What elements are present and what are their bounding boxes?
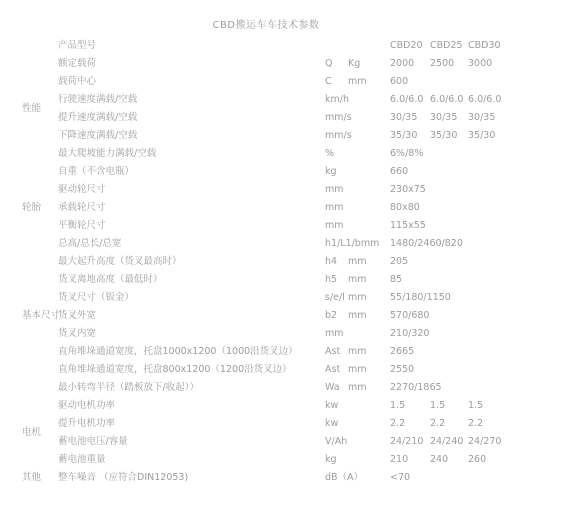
value-cell bbox=[430, 271, 468, 289]
table-row: 提升电机功率kw2.22.22.2 bbox=[22, 415, 562, 433]
table-row: 自重（不含电瓶）kg660 bbox=[22, 163, 562, 181]
unit-cell: b2mm bbox=[325, 307, 390, 325]
value-cell: 6.0/6.0 bbox=[468, 91, 562, 109]
value-cell bbox=[430, 361, 468, 379]
table-row: 其他整车噪音 （应符合DIN12053)dB（A）<70 bbox=[22, 469, 562, 487]
param-label: 最大起升高度（货叉最高时） bbox=[58, 253, 325, 271]
value-cell: 30/35 bbox=[390, 109, 430, 127]
value-cell: 2.2 bbox=[430, 415, 468, 433]
param-label: 产品型号 bbox=[58, 37, 325, 55]
table-row: 直角堆垛通道宽度，托盘800x1200（1200沿货叉边）Astmm2550 bbox=[22, 361, 562, 379]
page-title: CBD搬运车车技术参数 bbox=[22, 16, 510, 31]
value-cell: 1.5 bbox=[468, 397, 562, 415]
unit-cell: Astmm bbox=[325, 343, 390, 361]
param-label: 货叉外宽 bbox=[58, 307, 325, 325]
unit-label: mm bbox=[348, 274, 367, 285]
unit-cell: kg bbox=[325, 163, 390, 181]
value-cell: 80x80 bbox=[390, 199, 430, 217]
model-header: CBD30 bbox=[468, 37, 562, 55]
value-cell: 2270/1865 bbox=[390, 379, 430, 397]
value-cell bbox=[430, 253, 468, 271]
value-cell: 2665 bbox=[390, 343, 430, 361]
value-cell: 6%/8% bbox=[390, 145, 430, 163]
value-cell: 230x75 bbox=[390, 181, 430, 199]
param-label: 最大爬坡能力满载/空载 bbox=[58, 145, 325, 163]
table-row: 直角堆垛通道宽度，托盘1000x1200（1000沿货叉边）Astmm2665 bbox=[22, 343, 562, 361]
value-cell: 35/30 bbox=[390, 127, 430, 145]
param-label: 行驶速度满载/空载 bbox=[58, 91, 325, 109]
unit-cell: mm bbox=[325, 325, 390, 343]
param-label: 自重（不含电瓶） bbox=[58, 163, 325, 181]
unit-label: mm bbox=[348, 292, 367, 303]
param-label: 蓄电池电压/容量 bbox=[58, 433, 325, 451]
value-cell bbox=[468, 199, 562, 217]
table-row: 蓄电池电压/容量V/Ah24/21024/24024/270 bbox=[22, 433, 562, 451]
unit-cell: V/Ah bbox=[325, 433, 390, 451]
value-cell bbox=[468, 325, 562, 343]
value-cell: 2500 bbox=[430, 55, 468, 73]
value-cell: 3000 bbox=[468, 55, 562, 73]
unit-cell: Cmm bbox=[325, 73, 390, 91]
value-cell bbox=[430, 73, 468, 91]
param-label: 下降速度满载/空载 bbox=[58, 127, 325, 145]
table-row: 货叉内宽mm210/320 bbox=[22, 325, 562, 343]
value-cell: 2000 bbox=[390, 55, 430, 73]
unit-cell: QKg bbox=[325, 55, 390, 73]
value-cell bbox=[468, 271, 562, 289]
unit-cell: kw bbox=[325, 397, 390, 415]
value-cell: 570/680 bbox=[390, 307, 430, 325]
group-label: 性能 bbox=[22, 55, 58, 163]
unit-label: mm bbox=[348, 346, 367, 357]
value-cell bbox=[468, 235, 562, 253]
param-label: 承载轮尺寸 bbox=[58, 199, 325, 217]
symbol-label: Q bbox=[325, 55, 348, 73]
value-cell: 2.2 bbox=[468, 415, 562, 433]
param-label: 驱动轮尺寸 bbox=[58, 181, 325, 199]
unit-cell: km/h bbox=[325, 91, 390, 109]
table-row: 轮胎驱动轮尺寸mm230x75 bbox=[22, 181, 562, 199]
table-row: 承载轮尺寸mm80x80 bbox=[22, 199, 562, 217]
table-row: 下降速度满载/空载mm/s35/3035/3035/30 bbox=[22, 127, 562, 145]
model-header: CBD25 bbox=[430, 37, 468, 55]
symbol-label: b2 bbox=[325, 307, 348, 325]
value-cell: 1.5 bbox=[430, 397, 468, 415]
value-cell bbox=[468, 379, 562, 397]
value-cell: 85 bbox=[390, 271, 430, 289]
value-cell: 600 bbox=[390, 73, 430, 91]
unit-cell: h1/L1/bmm bbox=[325, 235, 390, 253]
value-cell: 2550 bbox=[390, 361, 430, 379]
param-label: 蓄电池重量 bbox=[58, 451, 325, 469]
table-row: 产品型号CBD20CBD25CBD30 bbox=[22, 37, 562, 55]
value-cell bbox=[430, 343, 468, 361]
table-row: 蓄电池重量kg210240260 bbox=[22, 451, 562, 469]
unit-label: mm bbox=[348, 76, 367, 87]
group-label: 轮胎 bbox=[22, 181, 58, 235]
value-cell: 660 bbox=[390, 163, 430, 181]
value-cell bbox=[430, 181, 468, 199]
param-label: 直角堆垛通道宽度，托盘800x1200（1200沿货叉边） bbox=[58, 361, 325, 379]
unit-label: mm bbox=[361, 238, 380, 249]
table-row: 载荷中心Cmm600 bbox=[22, 73, 562, 91]
value-cell bbox=[468, 343, 562, 361]
value-cell bbox=[430, 217, 468, 235]
value-cell bbox=[430, 163, 468, 181]
unit-cell: Wamm bbox=[325, 379, 390, 397]
value-cell: 6.0/6.0 bbox=[430, 91, 468, 109]
param-label: 载荷中心 bbox=[58, 73, 325, 91]
value-cell bbox=[468, 181, 562, 199]
table-row: 提升速度满载/空载mm/s30/3530/3530/35 bbox=[22, 109, 562, 127]
value-cell bbox=[430, 145, 468, 163]
symbol-label: s/e/l bbox=[325, 289, 348, 307]
param-label: 最小转弯半径（踏板放下/收起）） bbox=[58, 379, 325, 397]
value-cell bbox=[468, 307, 562, 325]
unit-cell: kw bbox=[325, 415, 390, 433]
value-cell: 35/30 bbox=[430, 127, 468, 145]
symbol-label: Ast bbox=[325, 361, 348, 379]
symbol-label: h5 bbox=[325, 271, 348, 289]
unit-label: mm bbox=[348, 256, 367, 267]
value-cell: 1480/2460/820 bbox=[390, 235, 430, 253]
value-cell: 30/35 bbox=[468, 109, 562, 127]
value-cell: 260 bbox=[468, 451, 562, 469]
table-row: 电机驱动电机功率kw1.51.51.5 bbox=[22, 397, 562, 415]
value-cell: 210/320 bbox=[390, 325, 430, 343]
spec-table-body: 产品型号CBD20CBD25CBD30性能额定载荷QKg200025003000… bbox=[22, 37, 562, 487]
table-row: 基本尺寸总高/总长/总宽h1/L1/bmm1480/2460/820 bbox=[22, 235, 562, 253]
table-row: 行驶速度满载/空载km/h6.0/6.06.0/6.06.0/6.0 bbox=[22, 91, 562, 109]
param-label: 整车噪音 （应符合DIN12053) bbox=[58, 469, 325, 487]
table-row: 最大起升高度（货叉最高时）h4mm205 bbox=[22, 253, 562, 271]
param-label: 驱动电机功率 bbox=[58, 397, 325, 415]
table-row: 最小转弯半径（踏板放下/收起））Wamm2270/1865 bbox=[22, 379, 562, 397]
value-cell: 24/240 bbox=[430, 433, 468, 451]
spec-table: 产品型号CBD20CBD25CBD30性能额定载荷QKg200025003000… bbox=[22, 37, 562, 487]
group-label bbox=[22, 163, 58, 181]
table-row: 货叉外宽b2mm570/680 bbox=[22, 307, 562, 325]
table-row: 最大爬坡能力满载/空载%6%/8% bbox=[22, 145, 562, 163]
unit-cell: mm bbox=[325, 181, 390, 199]
value-cell bbox=[468, 253, 562, 271]
symbol-label: Ast bbox=[325, 343, 348, 361]
symbol-label: h1/L1/b bbox=[325, 235, 361, 253]
unit-cell: mm/s bbox=[325, 127, 390, 145]
value-cell: 55/180/1150 bbox=[390, 289, 430, 307]
symbol-label: Wa bbox=[325, 379, 348, 397]
value-cell: 35/30 bbox=[468, 127, 562, 145]
table-row: 平衡轮尺寸mm115x55 bbox=[22, 217, 562, 235]
value-cell bbox=[430, 307, 468, 325]
unit-cell: mm bbox=[325, 199, 390, 217]
value-cell bbox=[430, 469, 468, 487]
param-label: 平衡轮尺寸 bbox=[58, 217, 325, 235]
value-cell bbox=[468, 145, 562, 163]
group-label: 电机 bbox=[22, 397, 58, 469]
unit-cell: h5mm bbox=[325, 271, 390, 289]
unit-label: mm bbox=[348, 382, 367, 393]
unit-cell: dB（A） bbox=[325, 469, 390, 487]
unit-label: mm bbox=[348, 364, 367, 375]
unit-cell: s/e/lmm bbox=[325, 289, 390, 307]
group-label: 基本尺寸 bbox=[22, 235, 58, 397]
value-cell: 205 bbox=[390, 253, 430, 271]
unit-cell: kg bbox=[325, 451, 390, 469]
value-cell bbox=[468, 289, 562, 307]
group-label bbox=[22, 37, 58, 55]
value-cell: 240 bbox=[430, 451, 468, 469]
value-cell bbox=[468, 163, 562, 181]
value-cell: 24/210 bbox=[390, 433, 430, 451]
value-cell: 2.2 bbox=[390, 415, 430, 433]
param-label: 提升速度满载/空载 bbox=[58, 109, 325, 127]
value-cell: 30/35 bbox=[430, 109, 468, 127]
symbol-label: h4 bbox=[325, 253, 348, 271]
table-row: 货叉离地高度（最低时）h5mm85 bbox=[22, 271, 562, 289]
unit-cell: mm bbox=[325, 217, 390, 235]
value-cell bbox=[468, 217, 562, 235]
value-cell bbox=[468, 469, 562, 487]
value-cell bbox=[430, 199, 468, 217]
group-label: 其他 bbox=[22, 469, 58, 487]
value-cell: 6.0/6.0 bbox=[390, 91, 430, 109]
value-cell: 1.5 bbox=[390, 397, 430, 415]
symbol-label: C bbox=[325, 73, 348, 91]
unit-cell bbox=[325, 37, 390, 55]
param-label: 额定载荷 bbox=[58, 55, 325, 73]
table-row: 货叉尺寸（钣金）s/e/lmm55/180/1150 bbox=[22, 289, 562, 307]
value-cell: 115x55 bbox=[390, 217, 430, 235]
unit-cell: % bbox=[325, 145, 390, 163]
value-cell: 210 bbox=[390, 451, 430, 469]
table-row: 性能额定载荷QKg200025003000 bbox=[22, 55, 562, 73]
param-label: 总高/总长/总宽 bbox=[58, 235, 325, 253]
unit-cell: Astmm bbox=[325, 361, 390, 379]
unit-cell: mm/s bbox=[325, 109, 390, 127]
unit-label: mm bbox=[348, 310, 367, 321]
value-cell bbox=[468, 361, 562, 379]
param-label: 直角堆垛通道宽度，托盘1000x1200（1000沿货叉边） bbox=[58, 343, 325, 361]
param-label: 货叉离地高度（最低时） bbox=[58, 271, 325, 289]
spec-sheet-page: CBD搬运车车技术参数 产品型号CBD20CBD25CBD30性能额定载荷QKg… bbox=[0, 0, 577, 512]
param-label: 货叉内宽 bbox=[58, 325, 325, 343]
value-cell: 24/270 bbox=[468, 433, 562, 451]
unit-cell: h4mm bbox=[325, 253, 390, 271]
param-label: 提升电机功率 bbox=[58, 415, 325, 433]
model-header: CBD20 bbox=[390, 37, 430, 55]
value-cell bbox=[430, 325, 468, 343]
unit-label: Kg bbox=[348, 58, 360, 69]
param-label: 货叉尺寸（钣金） bbox=[58, 289, 325, 307]
value-cell bbox=[468, 73, 562, 91]
value-cell: <70 bbox=[390, 469, 430, 487]
